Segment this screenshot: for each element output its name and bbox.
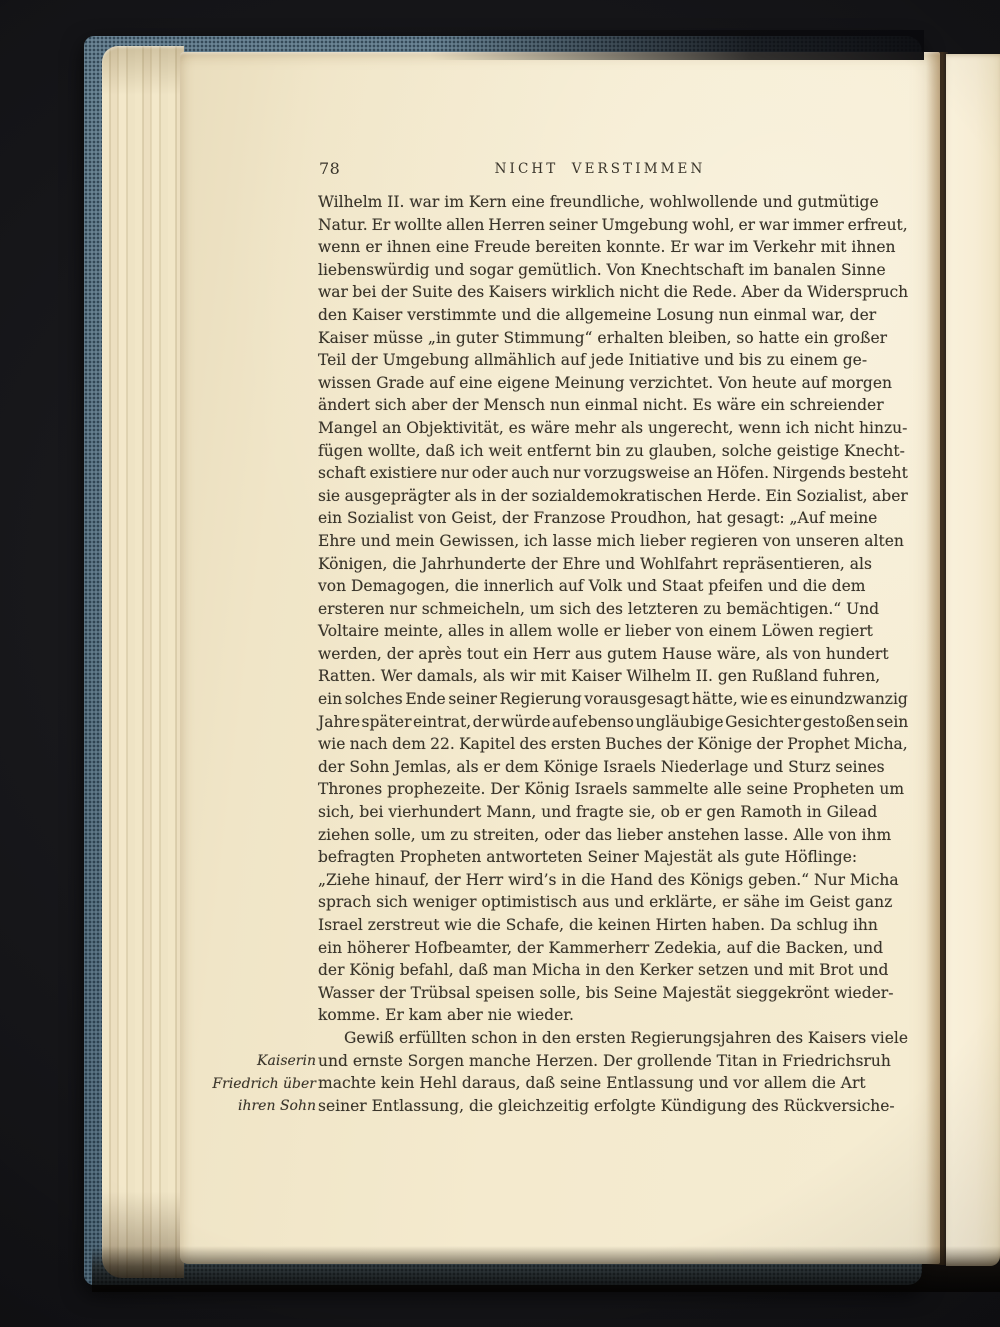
text-line: Israel zerstreut wie die Schafe, die kei… [318,914,908,937]
text-line: ändert sich aber der Mensch nun einmal n… [318,394,908,417]
text-line: der König befahl, daß man Micha in den K… [318,959,908,982]
margin-note: KaiserinFriedrich überihren Sohn [196,1050,316,1118]
text-line: Voltaire meinte, alles in allem wolle er… [318,620,908,643]
text-line: Königen, die Jahrhunderte der Ehre und W… [318,553,908,576]
text-line: ein solches Ende seiner Regierung voraus… [318,688,908,711]
text-line: ein Sozialist von Geist, der Franzose Pr… [318,507,908,530]
text-line: Wilhelm II. war im Kern eine freundliche… [318,191,908,214]
text-line: wenn er ihnen eine Freude bereiten konnt… [318,236,908,259]
text-line: Thrones prophezeite. Der König Israels s… [318,778,908,801]
text-line: sich, bei vierhundert Mann, und fragte s… [318,801,908,824]
text-line: wissen Grade auf eine eigene Meinung ver… [318,372,908,395]
text-line: Teil der Umgebung allmählich auf jede In… [318,349,908,372]
facing-page-sliver [946,54,1000,1266]
margin-note-line: Friedrich über [196,1073,316,1096]
text-line: war bei der Suite des Kaisers wirklich n… [318,281,908,304]
text-line: der Sohn Jemlas, als er dem Könige Israe… [318,756,908,779]
text-line: schaft existiere nur oder auch nur vorzu… [318,462,908,485]
page-header: 78 NICHT VERSTIMMEN [318,159,908,181]
text-line: machte kein Hehl daraus, daß seine Entla… [318,1072,908,1095]
text-line: Jahre später eintrat, der würde auf eben… [318,711,908,734]
margin-note-line: ihren Sohn [196,1095,316,1118]
text-line: fügen wollte, daß ich weit entfernt bin … [318,440,908,463]
text-line: wie nach dem 22. Kapitel des ersten Buch… [318,733,908,756]
text-line: sprach sich weniger optimistisch aus und… [318,891,908,914]
text-line: Ratten. Wer damals, als wir mit Kaiser W… [318,665,908,688]
text-line: von Demagogen, die innerlich auf Volk un… [318,575,908,598]
text-line: Ehre und mein Gewissen, ich lasse mich l… [318,530,908,553]
text-line: ein höherer Hofbeamter, der Kammerherr Z… [318,937,908,960]
text-line: liebenswürdig und sogar gemütlich. Von K… [318,259,908,282]
cover-shadow-fade [430,30,924,60]
running-head: NICHT VERSTIMMEN [495,161,706,177]
text-line: Kaiser müsse „in guter Stimmung“ erhalte… [318,327,908,350]
photo-background: 78 NICHT VERSTIMMEN KaiserinFriedrich üb… [0,0,1000,1327]
text-line: befragten Propheten antworteten Seiner M… [318,846,908,869]
text-line: den Kaiser verstimmte und die allgemeine… [318,304,908,327]
text-line: ziehen solle, um zu streiten, oder das l… [318,824,908,847]
text-line: seiner Entlassung, die gleichzeitig erfo… [318,1095,908,1118]
gutter-crease [926,52,948,1265]
text-line: „Ziehe hinauf, der Herr wird’s in die Ha… [318,869,908,892]
margin-note-line: Kaiserin [196,1050,316,1073]
body-text: Wilhelm II. war im Kern eine freundliche… [318,191,908,1117]
text-line: Mangel an Objektivität, es wäre mehr als… [318,417,908,440]
text-line: Gewiß erfüllten schon in den ersten Regi… [318,1027,908,1050]
text-line: und ernste Sorgen manche Herzen. Der gro… [318,1050,908,1073]
text-line: komme. Er kam aber nie wieder. [318,1004,908,1027]
page-number: 78 [319,159,340,178]
text-line: ersteren nur schmeicheln, um sich des le… [318,598,908,621]
text-line: werden, der après tout ein Herr aus gute… [318,643,908,666]
book-page: 78 NICHT VERSTIMMEN KaiserinFriedrich üb… [180,52,940,1264]
text-line: sie ausgeprägter als in der sozialdemokr… [318,485,908,508]
text-line: Natur. Er wollte allen Herren seiner Umg… [318,214,908,237]
page-edges [102,46,184,1278]
text-line: Wasser der Trübsal speisen solle, bis Se… [318,982,908,1005]
